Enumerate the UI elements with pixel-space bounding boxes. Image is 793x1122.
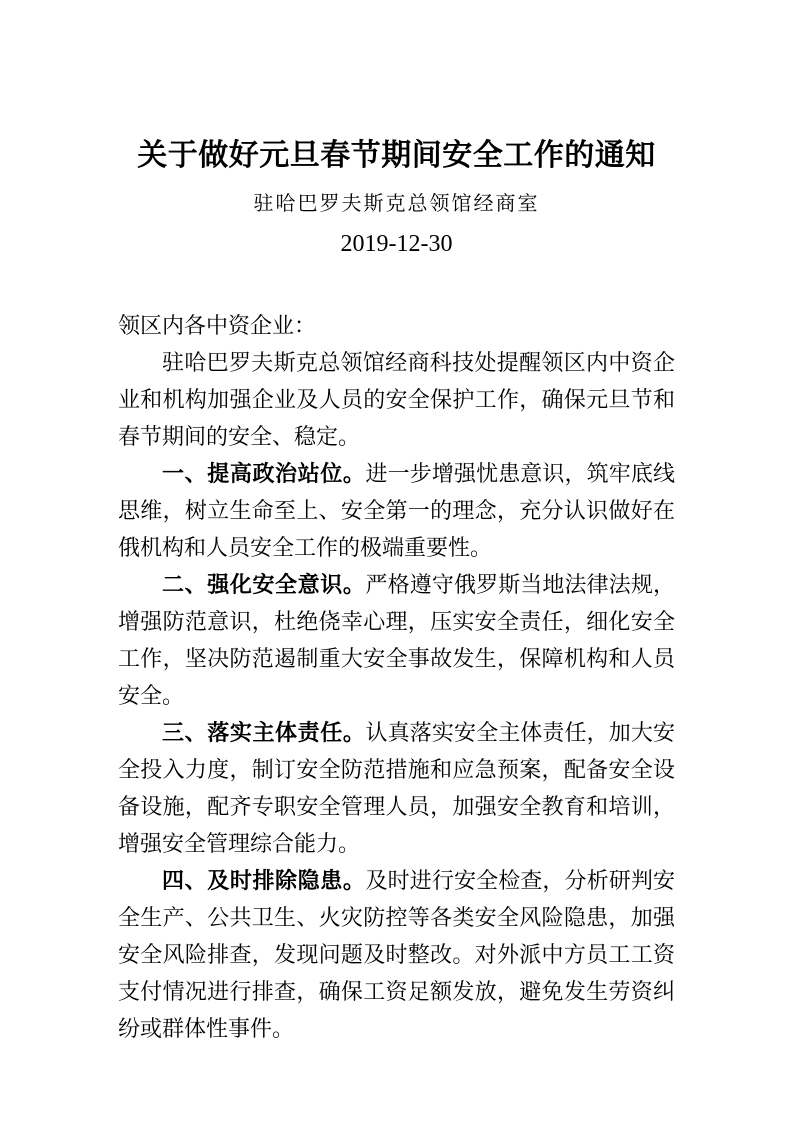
document-date: 2019-12-30 (118, 231, 675, 258)
section-paragraph-2: 二、强化安全意识。严格遵守俄罗斯当地法律法规，增强防范意识，杜绝侥幸心理，压实安… (118, 566, 675, 714)
document-author: 驻哈巴罗夫斯克总领馆经商室 (118, 192, 675, 216)
document-title: 关于做好元旦春节期间安全工作的通知 (118, 136, 675, 176)
document-page: 关于做好元旦春节期间安全工作的通知 驻哈巴罗夫斯克总领馆经商室 2019-12-… (0, 0, 793, 1122)
section-heading-4: 四、及时排除隐患。 (162, 868, 366, 893)
document-body: 领区内各中资企业： 驻哈巴罗夫斯克总领馆经商科技处提醒领区内中资企业和机构加强企… (118, 307, 675, 1047)
section-paragraph-4: 四、及时排除隐患。及时进行安全检查，分析研判安全生产、公共卫生、火灾防控等各类安… (118, 862, 675, 1047)
salutation-line: 领区内各中资企业： (118, 307, 675, 344)
section-heading-1: 一、提高政治站位。 (162, 461, 366, 486)
section-heading-2: 二、强化安全意识。 (162, 572, 366, 597)
section-paragraph-1: 一、提高政治站位。进一步增强忧患意识，筑牢底线思维，树立生命至上、安全第一的理念… (118, 455, 675, 566)
section-paragraph-3: 三、落实主体责任。认真落实安全主体责任，加大安全投入力度，制订安全防范措施和应急… (118, 714, 675, 862)
section-heading-3: 三、落实主体责任。 (162, 720, 366, 745)
document-content: 关于做好元旦春节期间安全工作的通知 驻哈巴罗夫斯克总领馆经商室 2019-12-… (0, 0, 793, 1047)
section-text-4: 及时进行安全检查，分析研判安全生产、公共卫生、火灾防控等各类安全风险隐患，加强安… (118, 868, 675, 1041)
intro-paragraph: 驻哈巴罗夫斯克总领馆经商科技处提醒领区内中资企业和机构加强企业及人员的安全保护工… (118, 344, 675, 455)
